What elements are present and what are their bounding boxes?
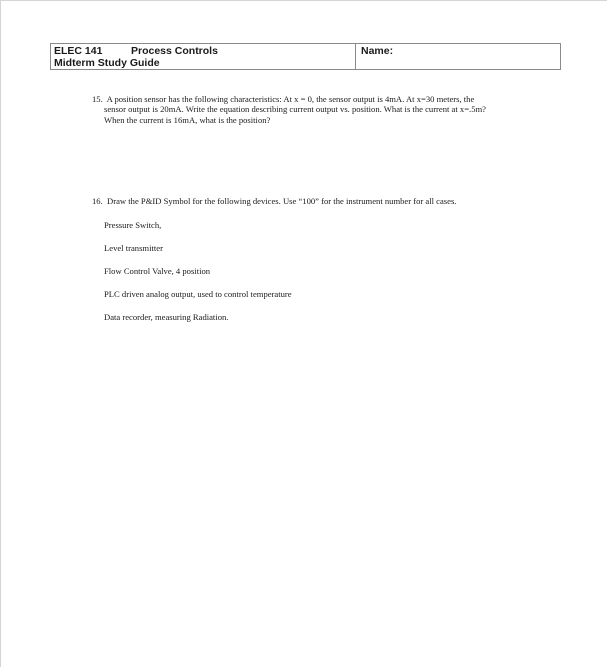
- header-table: ELEC 141Process Controls Midterm Study G…: [50, 43, 561, 70]
- device-item: Level transmitter: [104, 243, 163, 254]
- question-15-line-1: 15. A position sensor has the following …: [92, 94, 486, 104]
- question-16: 16. Draw the P&ID Symbol for the followi…: [92, 196, 456, 207]
- device-item: Pressure Switch,: [104, 220, 161, 231]
- question-15-line-2: sensor output is 20mA. Write the equatio…: [92, 104, 486, 114]
- header-course-row: ELEC 141Process Controls: [54, 45, 355, 57]
- question-16-text: Draw the P&ID Symbol for the following d…: [107, 196, 456, 206]
- question-15-number: 15.: [92, 94, 103, 104]
- device-item: PLC driven analog output, used to contro…: [104, 289, 292, 300]
- device-item: Data recorder, measuring Radiation.: [104, 312, 228, 323]
- device-item: Flow Control Valve, 4 position: [104, 266, 210, 277]
- course-code: ELEC 141: [54, 45, 131, 57]
- question-16-number: 16.: [92, 196, 103, 206]
- question-15-text-1: A position sensor has the following char…: [107, 94, 475, 104]
- document-subtitle: Midterm Study Guide: [54, 57, 355, 69]
- header-name-cell: Name:: [356, 44, 560, 69]
- question-15: 15. A position sensor has the following …: [92, 94, 486, 125]
- name-label: Name:: [361, 45, 393, 57]
- question-15-line-3: When the current is 16mA, what is the po…: [92, 115, 486, 125]
- course-subject: Process Controls: [131, 45, 218, 57]
- header-course-cell: ELEC 141Process Controls Midterm Study G…: [51, 44, 356, 69]
